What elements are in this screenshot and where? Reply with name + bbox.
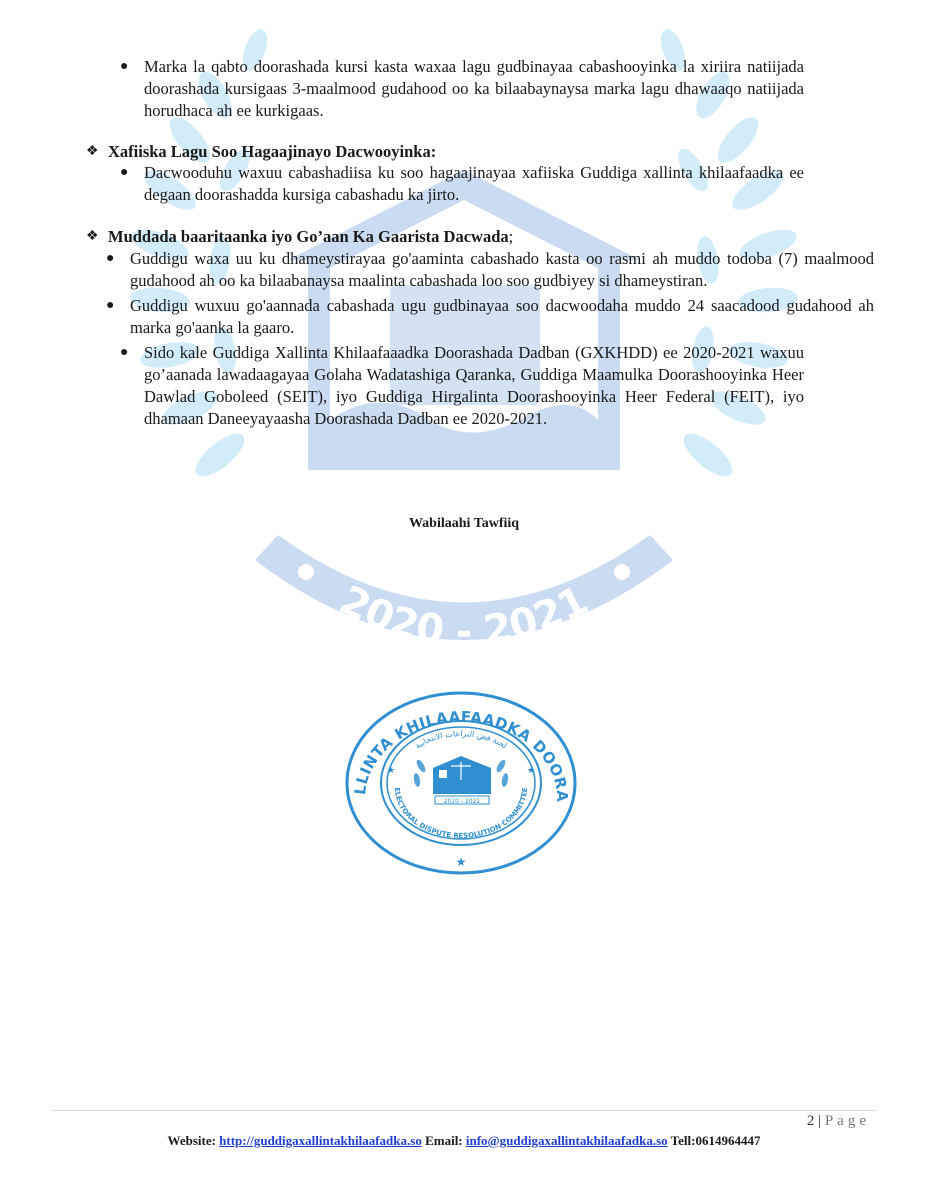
svg-text:2020 - 2021: 2020 - 2021: [332, 577, 595, 655]
email-link[interactable]: info@guddigaxallintakhilaafadka.so: [466, 1133, 668, 1148]
website-link[interactable]: http://guddigaxallintakhilaafadka.so: [219, 1133, 422, 1148]
svg-text:2020 - 2021: 2020 - 2021: [444, 798, 481, 805]
diamond-bullet-icon: ❖: [86, 141, 99, 163]
section-bullet: ● Guddigu wuxuu go'aannada cabashada ugu…: [130, 295, 874, 339]
section-heading-deadline: ❖ Muddada baaritaanka iyo Go’aan Ka Gaar…: [108, 226, 513, 248]
footer-divider: [52, 1110, 876, 1111]
svg-text:★: ★: [456, 855, 467, 869]
section-bullet: ● Guddigu waxa uu ku dhameystirayaa go'a…: [130, 248, 874, 292]
diamond-bullet-icon: ❖: [86, 226, 99, 248]
bullet-icon: ●: [120, 162, 128, 184]
signoff: Wabilaahi Tawfiiq: [0, 516, 928, 532]
bullet-icon: ●: [120, 56, 128, 78]
svg-text:★: ★: [387, 766, 395, 776]
official-seal-icon: GUDDIGA XALLINTA KHILAAFAADKA DOORASHOOY…: [343, 688, 579, 878]
bullet-icon: ●: [106, 295, 114, 317]
section-heading-office: ❖ Xafiiska Lagu Soo Hagaajinayo Dacwooyi…: [108, 141, 436, 163]
intro-bullet: ● Marka la qabto doorashada kursi kasta …: [144, 56, 804, 122]
section-bullet: ● Dacwooduhu waxuu cabashadiisa ku soo h…: [144, 162, 804, 206]
bullet-icon: ●: [120, 342, 128, 364]
svg-text:★: ★: [527, 766, 535, 776]
section-bullet: ● Sido kale Guddiga Xallinta Khilaafaaad…: [144, 342, 804, 430]
phone-number: Tell:0614964447: [671, 1133, 761, 1148]
page-number: 2 | Page: [807, 1113, 870, 1130]
bullet-icon: ●: [106, 248, 114, 270]
footer-contact: Website: http://guddigaxallintakhilaafad…: [0, 1133, 928, 1149]
